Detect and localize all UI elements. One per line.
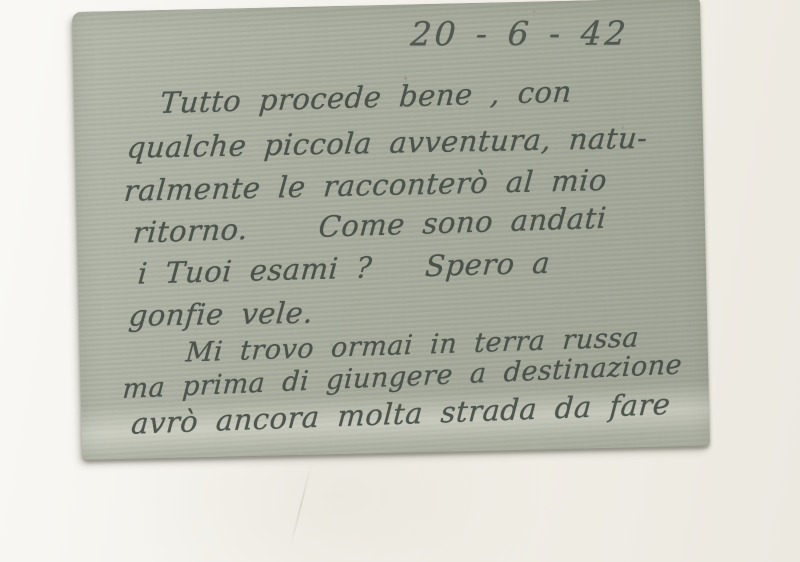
- date-line: 20 - 6 - 42: [409, 14, 630, 54]
- handwritten-line-1: Tutto procede bene , con: [159, 74, 573, 120]
- background-crease: [289, 461, 313, 549]
- handwritten-line-2: qualche piccola avventura, natu-: [126, 121, 649, 165]
- handwritten-line-6: gonfie vele.: [127, 296, 314, 333]
- scanner-background: 20 - 6 - 42 Tutto procede bene , con qua…: [0, 0, 800, 562]
- handwritten-line-3: ralmente le racconterò al mio: [123, 163, 609, 208]
- postcard: 20 - 6 - 42 Tutto procede bene , con qua…: [72, 0, 710, 460]
- handwritten-line-5: i Tuoi esami ? Spero a: [137, 246, 552, 291]
- handwritten-line-4: ritorno. Come sono andati: [132, 201, 608, 250]
